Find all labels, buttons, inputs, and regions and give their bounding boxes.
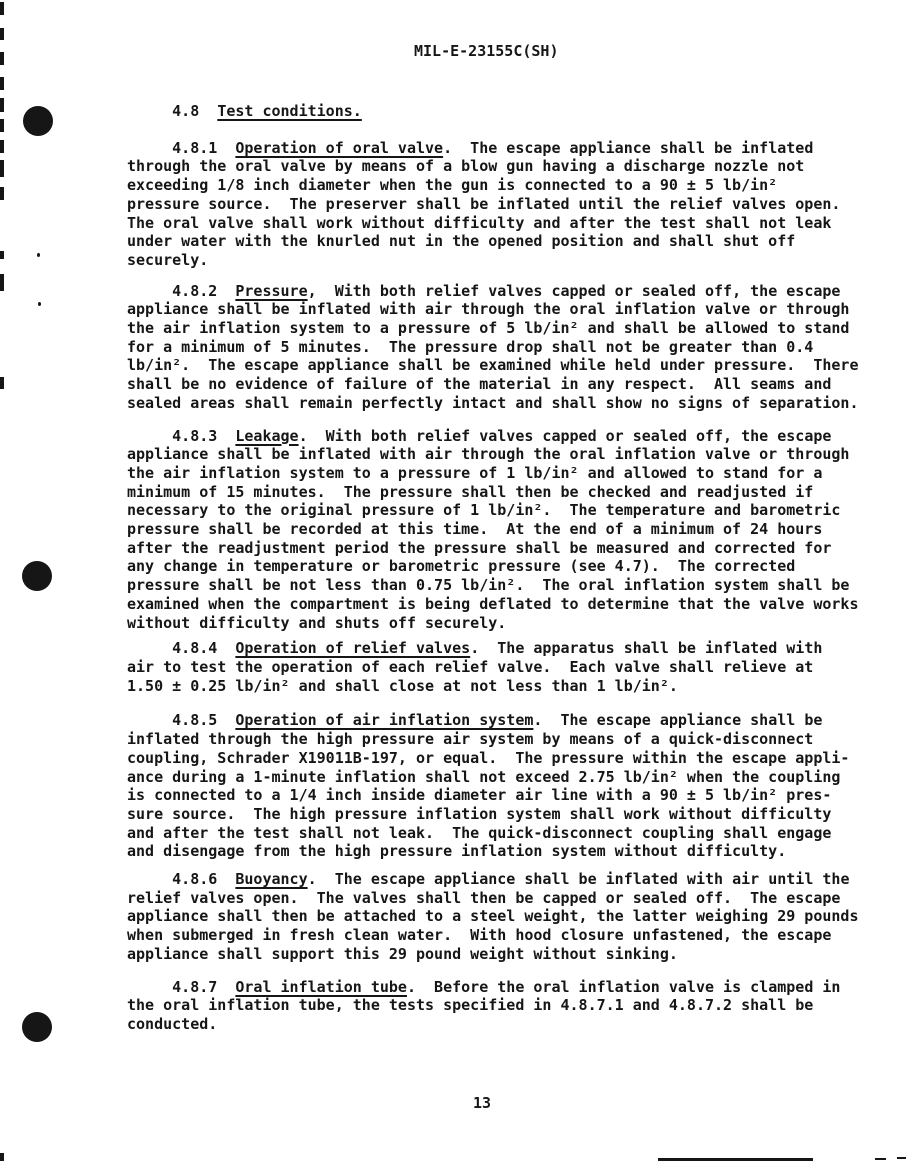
scan-edge-mark <box>0 77 4 90</box>
text-line: any change in temperature or barometric … <box>127 557 872 576</box>
text-line: when submerged in fresh clean water. Wit… <box>127 926 872 945</box>
paragraph-4-8-3: 4.8.3 Leakage. With both relief valves c… <box>127 427 872 633</box>
underlined-section-title: Pressure <box>235 282 307 300</box>
text-segment: for a minimum of 5 minutes. The pressure… <box>127 338 813 356</box>
page-number: 13 <box>473 1094 491 1112</box>
text-segment: and disengage from the high pressure inf… <box>127 842 786 860</box>
scan-page: MIL-E-23155C(SH) 4.8 Test conditions. 4.… <box>0 0 906 1167</box>
text-line: The oral valve shall work without diffic… <box>127 214 872 233</box>
hole-punch-mark <box>23 106 53 136</box>
scan-speck <box>38 302 41 306</box>
text-segment: any change in temperature or barometric … <box>127 557 795 575</box>
scan-edge-mark <box>0 119 4 132</box>
paragraph-4-8-4: 4.8.4 Operation of relief valves. The ap… <box>127 639 872 695</box>
text-segment: is connected to a 1/4 inch inside diamet… <box>127 786 831 804</box>
underlined-section-title: Operation of air inflation system <box>235 711 533 729</box>
text-line: 4.8.1 Operation of oral valve. The escap… <box>127 139 872 158</box>
section-heading-4-8: 4.8 Test conditions. <box>127 102 872 121</box>
underlined-section-title: Oral inflation tube <box>235 978 407 996</box>
text-segment: under water with the knurled nut in the … <box>127 232 795 250</box>
paragraph-4-8-1: 4.8.1 Operation of oral valve. The escap… <box>127 139 872 270</box>
text-segment: conducted. <box>127 1015 217 1033</box>
text-line: coupling, Schrader X19011B-197, or equal… <box>127 749 872 768</box>
text-segment: examined when the compartment is being d… <box>127 595 859 613</box>
text-segment: 4.8.5 <box>127 711 235 729</box>
text-line: pressure shall be not less than 0.75 lb/… <box>127 576 872 595</box>
text-segment: pressure shall be recorded at this time.… <box>127 520 822 538</box>
text-line: shall be no evidence of failure of the m… <box>127 375 872 394</box>
text-segment: . The escape appliance shall be inflated <box>443 139 813 157</box>
text-line: 4.8.6 Buoyancy. The escape appliance sha… <box>127 870 872 889</box>
text-segment: exceeding 1/8 inch diameter when the gun… <box>127 176 777 194</box>
text-line: the air inflation system to a pressure o… <box>127 464 872 483</box>
text-line: appliance shall then be attached to a st… <box>127 907 872 926</box>
text-line: pressure shall be recorded at this time.… <box>127 520 872 539</box>
text-line: 4.8.3 Leakage. With both relief valves c… <box>127 427 872 446</box>
underlined-section-title: Test conditions. <box>217 102 362 120</box>
scan-edge-mark <box>0 98 4 112</box>
scan-edge-mark <box>0 52 4 65</box>
text-segment: appliance shall be inflated with air thr… <box>127 445 849 463</box>
text-segment: . With both relief valves capped or seal… <box>299 427 832 445</box>
text-line: 4.8.7 Oral inflation tube. Before the or… <box>127 978 872 997</box>
text-segment: the air inflation system to a pressure o… <box>127 319 849 337</box>
text-segment: pressure shall be not less than 0.75 lb/… <box>127 576 849 594</box>
text-line: exceeding 1/8 inch diameter when the gun… <box>127 176 872 195</box>
text-segment: and after the test shall not leak. The q… <box>127 824 831 842</box>
text-segment: 4.8.2 <box>127 282 235 300</box>
scan-rule-mark <box>658 1158 813 1161</box>
text-line: the oral inflation tube, the tests speci… <box>127 996 872 1015</box>
text-segment: sure source. The high pressure inflation… <box>127 805 831 823</box>
text-segment: air to test the operation of each relief… <box>127 658 813 676</box>
text-segment: 4.8.7 <box>127 978 235 996</box>
scan-speck <box>37 253 40 257</box>
text-segment: through the oral valve by means of a blo… <box>127 157 804 175</box>
scan-edge-mark <box>0 251 4 259</box>
text-line: securely. <box>127 251 872 270</box>
hole-punch-mark <box>22 1012 52 1042</box>
text-line: 4.8.4 Operation of relief valves. The ap… <box>127 639 872 658</box>
text-line: lb/in². The escape appliance shall be ex… <box>127 356 872 375</box>
text-segment: necessary to the original pressure of 1 … <box>127 501 840 519</box>
text-segment: 4.8.4 <box>127 639 235 657</box>
text-line: appliance shall support this 29 pound we… <box>127 945 872 964</box>
text-line: 4.8.2 Pressure, With both relief valves … <box>127 282 872 301</box>
text-segment: without difficulty and shuts off securel… <box>127 614 506 632</box>
text-line: relief valves open. The valves shall the… <box>127 889 872 908</box>
text-segment: The oral valve shall work without diffic… <box>127 214 831 232</box>
text-segment: inflated through the high pressure air s… <box>127 730 813 748</box>
text-line: without difficulty and shuts off securel… <box>127 614 872 633</box>
underlined-section-title: Operation of relief valves <box>235 639 470 657</box>
text-segment: appliance shall be inflated with air thr… <box>127 300 849 318</box>
text-line: after the readjustment period the pressu… <box>127 539 872 558</box>
text-segment: after the readjustment period the pressu… <box>127 539 831 557</box>
scan-edge-mark <box>0 274 4 291</box>
text-segment: lb/in². The escape appliance shall be ex… <box>127 356 859 374</box>
text-segment: securely. <box>127 251 208 269</box>
text-line: ance during a 1-minute inflation shall n… <box>127 768 872 787</box>
text-segment: 4.8 <box>127 102 217 120</box>
scan-edge-mark <box>0 28 4 40</box>
text-line: 4.8 Test conditions. <box>127 102 872 121</box>
document-header: MIL-E-23155C(SH) <box>414 42 559 61</box>
paragraph-4-8-7: 4.8.7 Oral inflation tube. Before the or… <box>127 978 872 1034</box>
text-line: pressure source. The preserver shall be … <box>127 195 872 214</box>
text-line: 4.8.5 Operation of air inflation system.… <box>127 711 872 730</box>
text-segment: relief valves open. The valves shall the… <box>127 889 840 907</box>
text-line: is connected to a 1/4 inch inside diamet… <box>127 786 872 805</box>
scan-edge-mark <box>0 1153 4 1161</box>
text-segment: 1.50 ± 0.25 lb/in² and shall close at no… <box>127 677 678 695</box>
text-line: sure source. The high pressure inflation… <box>127 805 872 824</box>
text-line: through the oral valve by means of a blo… <box>127 157 872 176</box>
text-segment: coupling, Schrader X19011B-197, or equal… <box>127 749 849 767</box>
text-line: appliance shall be inflated with air thr… <box>127 445 872 464</box>
text-line: inflated through the high pressure air s… <box>127 730 872 749</box>
text-segment: appliance shall support this 29 pound we… <box>127 945 678 963</box>
scan-edge-mark <box>0 187 4 200</box>
underlined-section-title: Operation of oral valve <box>235 139 443 157</box>
text-line: appliance shall be inflated with air thr… <box>127 300 872 319</box>
text-segment: . The apparatus shall be inflated with <box>470 639 822 657</box>
text-line: minimum of 15 minutes. The pressure shal… <box>127 483 872 502</box>
text-segment: , With both relief valves capped or seal… <box>308 282 841 300</box>
underlined-section-title: Leakage <box>235 427 298 445</box>
scan-edge-mark <box>0 377 4 389</box>
text-segment: . The escape appliance shall be inflated… <box>308 870 850 888</box>
text-segment: minimum of 15 minutes. The pressure shal… <box>127 483 813 501</box>
text-segment: 4.8.6 <box>127 870 235 888</box>
text-segment: 4.8.3 <box>127 427 235 445</box>
text-line: 1.50 ± 0.25 lb/in² and shall close at no… <box>127 677 872 696</box>
text-line: under water with the knurled nut in the … <box>127 232 872 251</box>
text-segment: . Before the oral inflation valve is cla… <box>407 978 840 996</box>
scan-edge-mark <box>0 140 4 153</box>
text-segment: pressure source. The preserver shall be … <box>127 195 840 213</box>
scan-rule-mark <box>897 1157 906 1159</box>
paragraph-4-8-5: 4.8.5 Operation of air inflation system.… <box>127 711 872 861</box>
underlined-section-title: Buoyancy <box>235 870 307 888</box>
paragraph-4-8-6: 4.8.6 Buoyancy. The escape appliance sha… <box>127 870 872 964</box>
text-segment: the oral inflation tube, the tests speci… <box>127 996 813 1014</box>
scan-edge-mark <box>0 2 4 15</box>
text-column: 4.8 Test conditions. 4.8.1 Operation of … <box>127 102 872 1034</box>
text-line: and disengage from the high pressure inf… <box>127 842 872 861</box>
text-line: air to test the operation of each relief… <box>127 658 872 677</box>
text-segment: . The escape appliance shall be <box>533 711 822 729</box>
text-segment: appliance shall then be attached to a st… <box>127 907 859 925</box>
text-segment: when submerged in fresh clean water. Wit… <box>127 926 831 944</box>
scan-edge-mark <box>0 160 4 177</box>
text-line: conducted. <box>127 1015 872 1034</box>
text-segment: 4.8.1 <box>127 139 235 157</box>
text-line: necessary to the original pressure of 1 … <box>127 501 872 520</box>
text-line: the air inflation system to a pressure o… <box>127 319 872 338</box>
text-segment: ance during a 1-minute inflation shall n… <box>127 768 840 786</box>
text-segment: sealed areas shall remain perfectly inta… <box>127 394 859 412</box>
text-line: for a minimum of 5 minutes. The pressure… <box>127 338 872 357</box>
text-line: examined when the compartment is being d… <box>127 595 872 614</box>
text-segment: shall be no evidence of failure of the m… <box>127 375 831 393</box>
text-segment: the air inflation system to a pressure o… <box>127 464 822 482</box>
hole-punch-mark <box>22 561 52 591</box>
text-line: sealed areas shall remain perfectly inta… <box>127 394 872 413</box>
scan-rule-mark <box>875 1158 886 1160</box>
text-line: and after the test shall not leak. The q… <box>127 824 872 843</box>
paragraph-4-8-2: 4.8.2 Pressure, With both relief valves … <box>127 282 872 413</box>
